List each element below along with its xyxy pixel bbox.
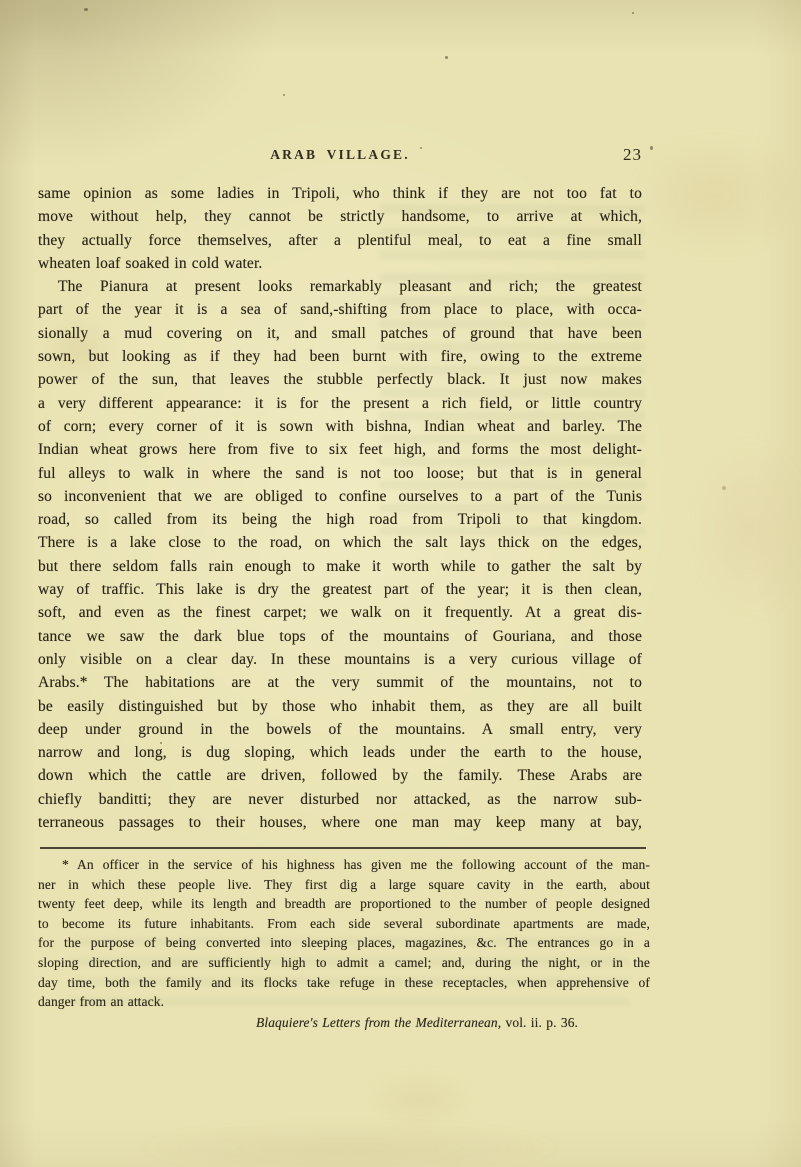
paper-stain <box>630 130 800 260</box>
paper-stain <box>365 1070 475 1130</box>
body-line: they actually force themselves, after a … <box>38 229 642 252</box>
footnote-line: sloping direction, and are sufficiently … <box>38 953 650 973</box>
book-page: ARAB VILLAGE. 23 same opinion as some la… <box>0 0 801 1167</box>
footnote-rule <box>40 847 646 849</box>
body-line: power of the sun, that leaves the stubbl… <box>38 368 642 391</box>
footnote: * An officer in the service of his highn… <box>38 855 650 1032</box>
body-line: terraneous passages to their houses, whe… <box>38 811 642 834</box>
body-line: be easily distinguished but by those who… <box>38 695 642 718</box>
paper-stain <box>140 1125 560 1167</box>
body-line: only visible on a clear day. In these mo… <box>38 648 642 671</box>
page-number: 23 <box>623 145 642 165</box>
body-line: a very different appearance: it is for t… <box>38 392 642 415</box>
footnote-line: to become its future inhabitants. From e… <box>38 914 650 934</box>
body-line: wheaten loaf soaked in cold water. <box>38 252 642 275</box>
body-line: way of traffic. This lake is dry the gre… <box>38 578 642 601</box>
body-line: narrow and long, is dug sloping, which l… <box>38 741 642 764</box>
paper-speck <box>632 12 634 14</box>
footnote-line: * An officer in the service of his highn… <box>38 855 650 875</box>
running-title: ARAB VILLAGE. <box>38 147 642 163</box>
footnote-line: danger from an attack. <box>38 992 650 1012</box>
body-line: Arabs.* The habitations are at the very … <box>38 671 642 694</box>
body-line: down which the cattle are driven, follow… <box>38 764 642 787</box>
body-line: so inconvenient that we are obliged to c… <box>38 485 642 508</box>
citation-locator: vol. ii. p. 36. <box>501 1015 578 1030</box>
paper-speck <box>445 56 448 59</box>
body-line: sown, but looking as if they had been bu… <box>38 345 642 368</box>
citation-work-title: Blaquiere's Letters from the Mediterrane… <box>256 1015 501 1030</box>
body-text: same opinion as some ladies in Tripoli, … <box>38 182 642 834</box>
paper-speck <box>722 486 726 490</box>
footnote-citation: Blaquiere's Letters from the Mediterrane… <box>256 1013 650 1033</box>
body-line: There is a lake close to the road, on wh… <box>38 531 642 554</box>
body-line: The Pianura at present looks remarkably … <box>38 275 642 298</box>
body-line: same opinion as some ladies in Tripoli, … <box>38 182 642 205</box>
footnote-line: twenty feet deep, while its length and b… <box>38 894 650 914</box>
footnote-line: for the purpose of being converted into … <box>38 933 650 953</box>
paper-speck <box>283 94 285 96</box>
body-line: but there seldom falls rain enough to ma… <box>38 555 642 578</box>
page-header: ARAB VILLAGE. 23 <box>38 147 642 171</box>
body-line: of corn; every corner of it is sown with… <box>38 415 642 438</box>
body-line: soft, and even as the finest carpet; we … <box>38 601 642 624</box>
footnote-line: ner in which these people live. They fir… <box>38 875 650 895</box>
body-line: part of the year it is a sea of sand,-sh… <box>38 298 642 321</box>
body-line: deep under ground in the bowels of the m… <box>38 718 642 741</box>
paper-speck <box>84 8 88 11</box>
body-line: Indian wheat grows here from five to six… <box>38 438 642 461</box>
body-line: chiefly banditti; they are never disturb… <box>38 788 642 811</box>
paper-stain <box>690 440 801 620</box>
body-line: road, so called from its being the high … <box>38 508 642 531</box>
body-line: tance we saw the dark blue tops of the m… <box>38 625 642 648</box>
footnote-line: day time, both the family and its flocks… <box>38 973 650 993</box>
paper-speck <box>650 146 653 150</box>
body-line: ful alleys to walk in where the sand is … <box>38 462 642 485</box>
body-line: sionally a mud covering on it, and small… <box>38 322 642 345</box>
body-line: move without help, they cannot be strict… <box>38 205 642 228</box>
